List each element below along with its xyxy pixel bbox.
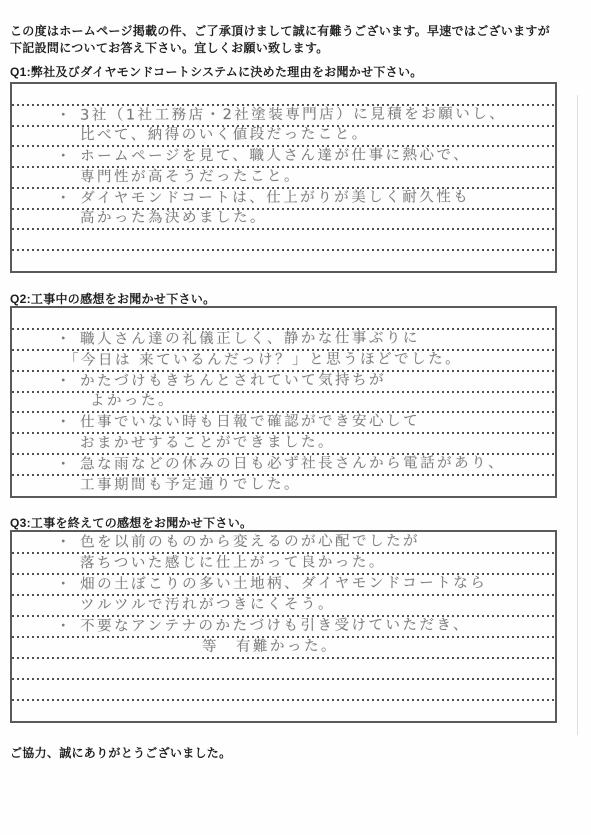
- answer-line-row: ・ 職人さん達の礼儀正しく、静かな仕事ぶりに: [12, 329, 555, 350]
- answer-line-row: おまかせすることができました。: [12, 433, 555, 454]
- handwritten-text-line: ・ 畑の土ぼこりの多い土地柄、ダイヤモンドコートなら: [12, 574, 487, 596]
- question-label-q1: Q1:弊社及びダイヤモンドコートシステムに決めた理由をお聞かせ下さい。: [10, 63, 423, 80]
- intro-paragraph: この度はホームページ掲載の件、ご了承頂けまして誠に有難うございます。早速ではござ…: [10, 23, 550, 57]
- answer-box-q2: ・ 職人さん達の礼儀正しく、静かな仕事ぶりに「今日は 来ているんだっけ？」と思う…: [10, 306, 557, 498]
- answer-line-row: [12, 250, 555, 271]
- handwritten-text-line: 「今日は 来ているんだっけ？」と思うほどでした。: [12, 350, 462, 372]
- handwritten-text-line: 等 有難かった。: [12, 637, 338, 658]
- answer-line-row: ・ 色を以前のものから変えるのが心配でしたが: [12, 532, 555, 553]
- handwritten-text-line: ・ 3社（1社工務店・2社塗装専門店）に見積をお願いし、: [12, 105, 506, 127]
- answer-line-row: 専門性が高そうだったこと。: [12, 167, 555, 188]
- answer-line-row: [12, 308, 555, 329]
- answer-line-row: 工事期間も予定通りでした。: [12, 475, 555, 496]
- answer-line-row: ・ かたづけもきちんとされていて気持ちが: [12, 371, 555, 392]
- intro-line-1: この度はホームページ掲載の件、ご了承頂けまして誠に有難うございます。早速ではござ…: [10, 23, 550, 40]
- answer-line-row: [12, 229, 555, 250]
- handwritten-text-line: ・ ダイヤモンドコートは、仕上がりが美しく耐久性も: [12, 188, 470, 210]
- answer-line-row: 高かった為決めました。: [12, 209, 555, 230]
- answer-line-row: 落ちついた感じに仕上がって良かった。: [12, 553, 555, 574]
- answer-line-row: ・ 仕事でいない時も日報で確認ができ安心して: [12, 412, 555, 433]
- closing-note: ご協力、誠にありがとうございました。: [10, 744, 231, 761]
- handwritten-text-line: よかった。: [12, 392, 175, 413]
- handwritten-text-line: 工事期間も予定通りでした。: [12, 476, 301, 497]
- question-label-q3: Q3:工事を終えての感想をお聞かせ下さい。: [10, 514, 252, 531]
- questionnaire-page: この度はホームページ掲載の件、ご了承頂けまして誠に有難うございます。早速ではござ…: [0, 0, 591, 835]
- answer-line-row: ・ 畑の土ぼこりの多い土地柄、ダイヤモンドコートなら: [12, 574, 555, 595]
- handwritten-text-line: ・ ホームページを見て、職人さん達が仕事に熱心で、: [12, 146, 470, 168]
- handwritten-text-line: ・ 急な雨などの休みの日も必ず社長さんから電話があり、: [12, 454, 505, 476]
- handwritten-text-line: ツルツルで汚れがつきにくそう。: [12, 595, 335, 616]
- question-label-q2: Q2:工事中の感想をお聞かせ下さい。: [10, 290, 215, 307]
- handwritten-text-line: 比べて、納得のいく値段だったこと。: [12, 126, 369, 147]
- handwritten-text-line: 高かった為決めました。: [12, 209, 267, 230]
- answer-line-row: ・ 3社（1社工務店・2社塗装専門店）に見積をお願いし、: [12, 105, 555, 126]
- answer-line-row: ・ 急な雨などの休みの日も必ず社長さんから電話があり、: [12, 454, 555, 475]
- intro-line-2: 下記設問についてお答え下さい。宜しくお願い致します。: [10, 40, 550, 57]
- handwritten-text-line: 落ちついた感じに仕上がって良かった。: [12, 553, 386, 574]
- answer-line-row: ツルツルで汚れがつきにくそう。: [12, 595, 555, 616]
- answer-box-q3: ・ 色を以前のものから変えるのが心配でしたが落ちついた感じに仕上がって良かった。…: [10, 530, 557, 723]
- answer-line-row: ・ 不要なアンテナのかたづけも引き受けていただき、: [12, 616, 555, 637]
- handwritten-text-line: おまかせすることができました。: [12, 434, 335, 455]
- answer-box-q1: ・ 3社（1社工務店・2社塗装専門店）に見積をお願いし、比べて、納得のいく値段だ…: [10, 82, 557, 273]
- answer-line-row: ・ ダイヤモンドコートは、仕上がりが美しく耐久性も: [12, 188, 555, 209]
- answer-line-row: [12, 700, 555, 721]
- answer-line-row: ・ ホームページを見て、職人さん達が仕事に熱心で、: [12, 146, 555, 167]
- handwritten-text-line: ・ 不要なアンテナのかたづけも引き受けていただき、: [12, 616, 470, 638]
- handwritten-text-line: ・ 色を以前のものから変えるのが心配でしたが: [12, 532, 420, 553]
- answer-line-row: 等 有難かった。: [12, 637, 555, 658]
- answer-line-row: 「今日は 来ているんだっけ？」と思うほどでした。: [12, 350, 555, 371]
- answer-line-row: よかった。: [12, 392, 555, 413]
- handwritten-text-line: ・ 仕事でいない時も日報で確認ができ安心して: [12, 413, 420, 434]
- answer-line-row: [12, 84, 555, 105]
- answer-line-row: [12, 658, 555, 679]
- scan-edge-artifact: [577, 95, 578, 735]
- handwritten-text-line: ・ かたづけもきちんとされていて気持ちが: [12, 371, 386, 392]
- handwritten-text-line: 専門性が高そうだったこと。: [12, 167, 301, 188]
- answer-line-row: 比べて、納得のいく値段だったこと。: [12, 126, 555, 147]
- answer-line-row: [12, 679, 555, 700]
- handwritten-text-line: ・ 職人さん達の礼儀正しく、静かな仕事ぶりに: [12, 329, 420, 350]
